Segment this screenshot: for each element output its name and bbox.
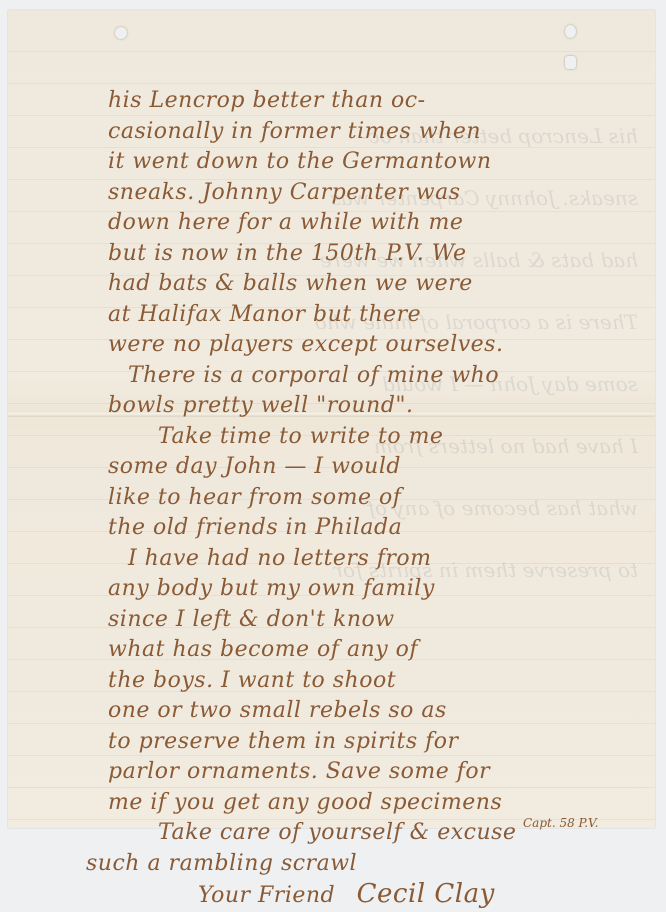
letter-line: some day John — I would: [108, 452, 648, 483]
letter-line: his Lencrop better than oc-: [108, 86, 648, 117]
letter-line: me if you get any good specimens: [108, 788, 648, 819]
letter-line: to preserve them in spirits for: [108, 727, 648, 758]
letter-line: it went down to the Germantown: [108, 147, 648, 178]
letter-line: parlor ornaments. Save some for: [108, 757, 648, 788]
letter-line: sneaks. Johnny Carpenter was: [108, 178, 648, 209]
letter-line: had bats & balls when we were: [108, 269, 648, 300]
letter-line: at Halifax Manor but there: [108, 300, 648, 331]
letter-line: but is now in the 150th P.V. We: [108, 239, 648, 270]
letter-line: casionally in former times when: [108, 117, 648, 148]
punch-hole: [565, 25, 576, 38]
letter-line: bowls pretty well "round".: [108, 391, 648, 422]
letter-line: There is a corporal of mine who: [108, 361, 648, 392]
letter-line: one or two small rebels so as: [108, 696, 648, 727]
letter-line: any body but my own family: [108, 574, 648, 605]
signature-title: Capt. 58 P.V.: [523, 816, 598, 830]
letter-body: his Lencrop better than oc- casionally i…: [108, 86, 648, 838]
letter-line: like to hear from some of: [108, 483, 648, 514]
letter-line: were no players except ourselves.: [108, 330, 648, 361]
punch-hole: [115, 27, 127, 39]
letter-line: since I left & don't know: [108, 605, 648, 636]
letter-line: the boys. I want to shoot: [108, 666, 648, 697]
letter-line: down here for a while with me: [108, 208, 648, 239]
letter-line: Take time to write to me: [108, 422, 648, 453]
punch-hole: [565, 56, 576, 69]
letter-line: what has become of any of: [108, 635, 648, 666]
letter-line: the old friends in Philada: [108, 513, 648, 544]
letter-line: I have had no letters from: [108, 544, 648, 575]
